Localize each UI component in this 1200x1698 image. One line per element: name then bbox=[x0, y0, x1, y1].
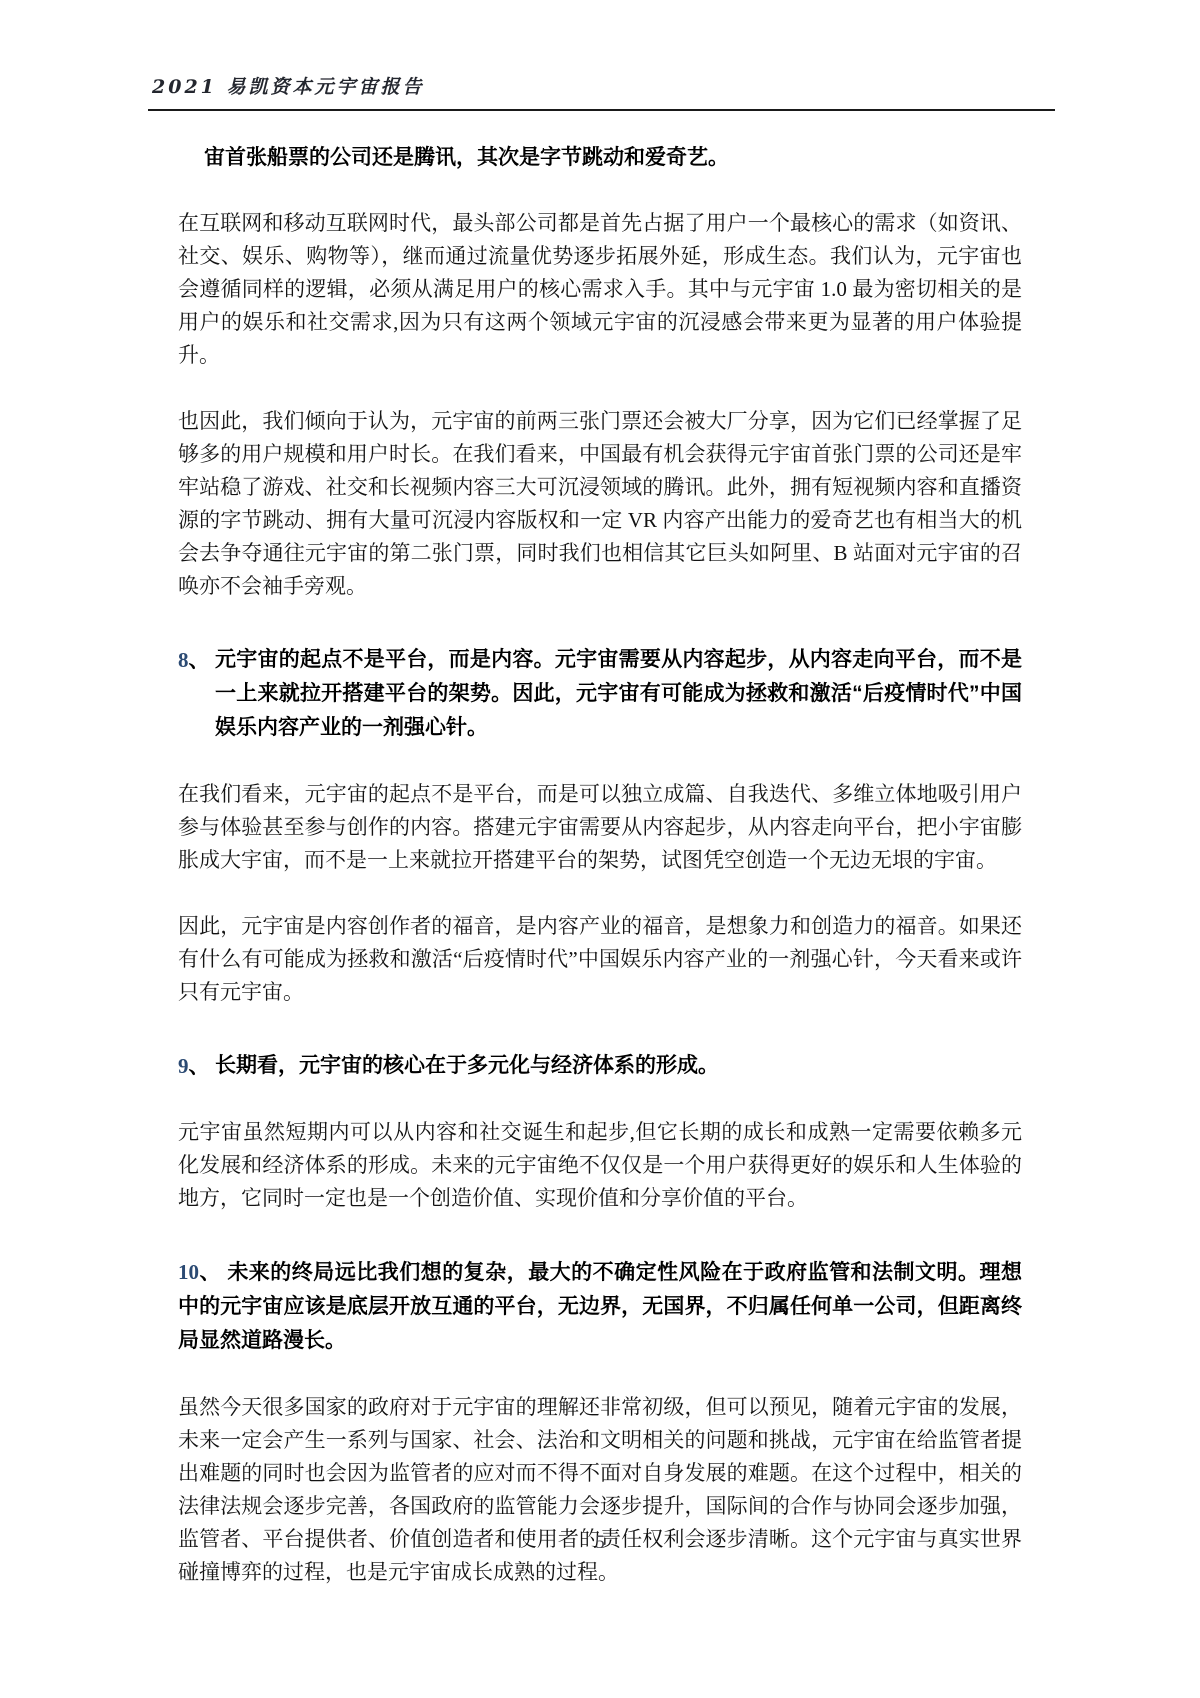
section-title-10: 未来的终局远比我们想的复杂，最大的不确定性风险在于政府监管和法制文明。理想中的元… bbox=[178, 1261, 1022, 1352]
section-heading-8: 8、 元宇宙的起点不是平台，而是内容。元宇宙需要从内容起步，从内容走向平台，而不… bbox=[178, 643, 1022, 745]
report-title: 2021 易凯资本元宇宙报告 bbox=[152, 76, 425, 98]
carryover-bold-line: 宙首张船票的公司还是腾讯，其次是字节跳动和爱奇艺。 bbox=[204, 141, 1022, 174]
section-title-9: 长期看，元宇宙的核心在于多元化与经济体系的形成。 bbox=[215, 1054, 719, 1077]
section-title-8: 元宇宙的起点不是平台，而是内容。元宇宙需要从内容起步，从内容走向平台，而不是一上… bbox=[215, 648, 1022, 739]
section-number-9: 9、 bbox=[178, 1049, 210, 1083]
section-number-10: 10、 bbox=[178, 1260, 221, 1284]
running-header: 2021 易凯资本元宇宙报告 bbox=[148, 72, 1055, 111]
section-heading-9: 9、 长期看，元宇宙的核心在于多元化与经济体系的形成。 bbox=[178, 1049, 1022, 1083]
page-number: 5 bbox=[0, 1532, 1200, 1554]
paragraph-content-starting-point: 在我们看来，元宇宙的起点不是平台，而是可以独立成篇、自我迭代、多维立体地吸引用户… bbox=[178, 778, 1022, 877]
document-page: 2021 易凯资本元宇宙报告 宙首张船票的公司还是腾讯，其次是字节跳动和爱奇艺。… bbox=[0, 0, 1200, 1698]
paragraph-long-term-core: 元宇宙虽然短期内可以从内容和社交诞生和起步,但它长期的成长和成熟一定需要依赖多元… bbox=[178, 1116, 1022, 1215]
section-heading-10: 10、 未来的终局远比我们想的复杂，最大的不确定性风险在于政府监管和法制文明。理… bbox=[178, 1255, 1022, 1358]
page-content: 2021 易凯资本元宇宙报告 宙首张船票的公司还是腾讯，其次是字节跳动和爱奇艺。… bbox=[178, 72, 1022, 1589]
paragraph-gospel-of-creators: 因此，元宇宙是内容创作者的福音，是内容产业的福音，是想象力和创造力的福音。如果还… bbox=[178, 910, 1022, 1009]
section-number-8: 8、 bbox=[178, 643, 210, 677]
paragraph-first-tickets: 也因此，我们倾向于认为，元宇宙的前两三张门票还会被大厂分享，因为它们已经掌握了足… bbox=[178, 405, 1022, 603]
paragraph-internet-era: 在互联网和移动互联网时代，最头部公司都是首先占据了用户一个最核心的需求（如资讯、… bbox=[178, 207, 1022, 372]
paragraph-government-regulation: 虽然今天很多国家的政府对于元宇宙的理解还非常初级，但可以预见，随着元宇宙的发展，… bbox=[178, 1391, 1022, 1589]
